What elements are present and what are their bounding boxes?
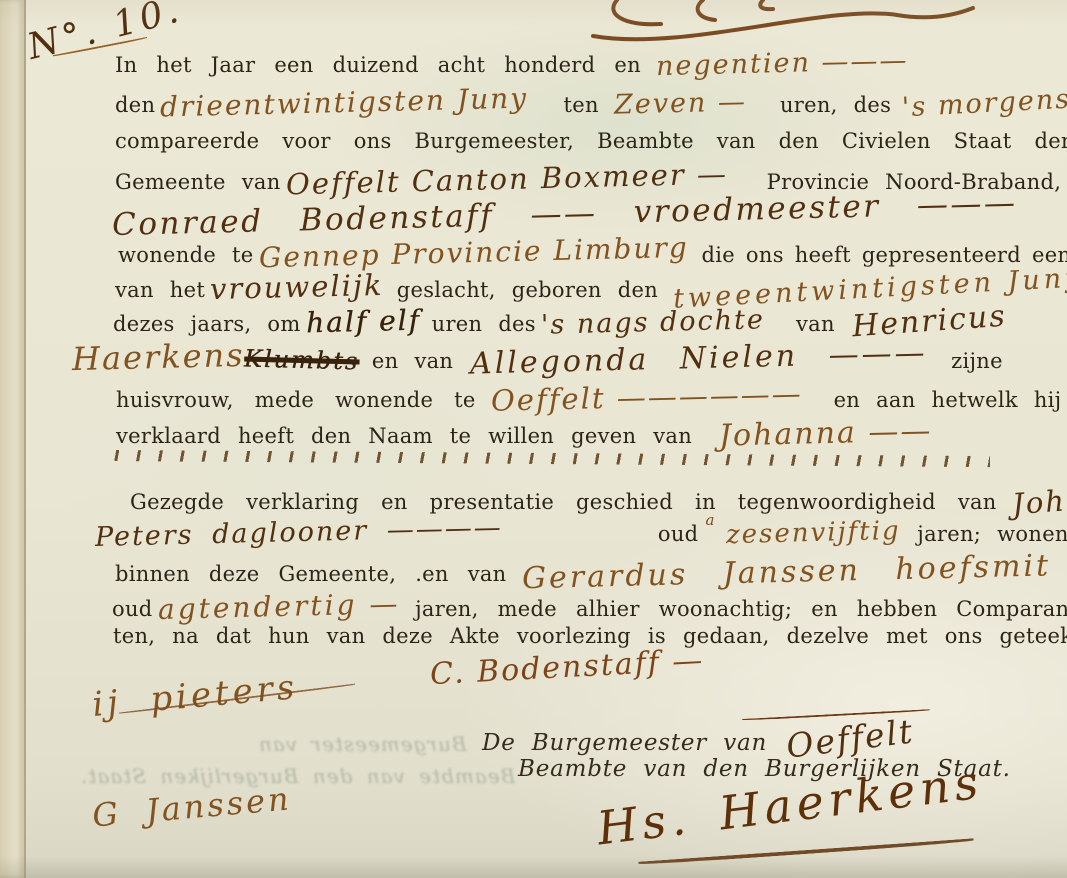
act-line-9: Haerkens Klumbts en van Allegonda Nielen… (72, 338, 1003, 376)
entry-birth-hour: half elf (305, 304, 421, 340)
entry-day-month: drieentwintigsten Juny (160, 82, 529, 124)
printed-text-hetwelk: en aan hetwelk hij (834, 388, 1062, 412)
act-line-14: Peters daglooner ———— oud a zesenvijftig… (95, 517, 1067, 548)
printed-text-woonachtig: jaren, mede alhier woonachtig; en hebben… (415, 597, 1067, 621)
printed-text-gezegde: Gezegde verklaring en presentatie geschi… (130, 490, 997, 514)
act-line-2: den drieentwintigsten Juny ten Zeven — u… (115, 86, 1067, 119)
act-line-1: In het Jaar een duizend acht honderd en … (115, 48, 908, 79)
act-line-8: dezes jaars, om half elf uren des 's nag… (113, 304, 1007, 339)
printed-text-binnen-gemeente: binnen deze Gemeente, .en van (115, 562, 507, 586)
act-line-7: van het vrouwelijk geslacht, geboren den… (115, 270, 1067, 304)
printed-text-huisvrouw: huisvrouw, mede wonende te (116, 388, 476, 412)
entry-hour: Zeven — (614, 86, 748, 120)
act-line-13: Gezegde verklaring en presentatie geschi… (130, 482, 1067, 516)
act-line-15: binnen deze Gemeente, .en van Gerardus J… (115, 554, 1067, 589)
entry-witness1-surname-occupation: Peters daglooner ———— (95, 512, 503, 553)
inserted-caret-note: a (705, 511, 714, 529)
entry-father-surname: Haerkens (72, 336, 245, 378)
printed-text-naam-geven: verklaard heeft den Naam te willen geven… (116, 424, 692, 448)
entry-year: negentien ——— (656, 45, 909, 82)
act-line-3: compareerde voor ons Burgemeester, Beamb… (115, 128, 1067, 154)
entry-declarant-residence: Gennep Provincie Limburg (258, 231, 688, 274)
act-line-6: wonende te Gennep Provincie Limburg die … (118, 236, 1067, 269)
printed-text-van-het: van het (115, 278, 205, 302)
printed-text-ten: ten (564, 93, 599, 117)
entry-witness1-age: zesenvijftig (725, 516, 900, 550)
printed-text-zijne: zijne (951, 349, 1003, 373)
entry-witness1-firstname: Johannes (1011, 477, 1067, 521)
closing-line-1: De Burgemeester van Oeffelt (482, 719, 915, 758)
entry-birth-daypart-relation: 's nags dochte (541, 304, 766, 340)
bleedthrough-text-2: Beambte van den Burgerlijken Staat. (80, 764, 515, 788)
printed-text-year: In het Jaar een duizend acht honderd en (115, 53, 641, 77)
printed-text-den: den (115, 93, 155, 117)
printed-text-uren-des-2: uren des (432, 312, 536, 336)
entry-witness2-name-occupation: Gerardus Janssen hoefsmit — (521, 547, 1067, 597)
page-left-edge (0, 0, 26, 878)
act-line-11: verklaard heeft den Naam te willen geven… (116, 416, 933, 451)
printed-text-uren-des: uren, des (780, 93, 891, 117)
printed-text-gepresenteerd: die ons heeft gepresenteerd een Kind (701, 243, 1067, 267)
printed-text-oud-2: oud (112, 597, 153, 621)
printed-text-voorlezing: ten, na dat hun van deze Akte voorlezing… (113, 624, 1067, 648)
printed-text-dezes-jaars: dezes jaars, om (113, 312, 301, 336)
entry-daypart: 's morgens (902, 84, 1067, 124)
entry-child-name: Johanna —— (719, 413, 933, 453)
act-line-5: Conraed Bodenstaff —— vroedmeester ——— (112, 196, 1017, 232)
entry-gender: vrouwelijk (210, 268, 384, 306)
printed-text-en-van: en van (372, 349, 453, 373)
printed-text-oud: oud (658, 522, 699, 546)
bleedthrough-text-1: Burgemeester van (258, 732, 467, 756)
act-line-17: ten, na dat hun van deze Akte voorlezing… (113, 623, 1067, 649)
printed-text-gemeente-van: Gemeente van (115, 170, 281, 194)
printed-text-wonende-te: wonende te (118, 243, 254, 267)
entry-witness2-age: agtendertig — (157, 587, 400, 626)
entry-parents-residence: Oeffelt —————— (490, 376, 802, 418)
printed-text-van: van (796, 312, 835, 336)
entry-overwritten-scribble: Klumbts (243, 344, 359, 375)
printed-text-compareerde: compareerde voor ons Burgemeester, Beamb… (115, 129, 1067, 153)
act-line-16: oud agtendertig — jaren, mede alhier woo… (112, 590, 1067, 623)
printed-text-jaren-wonende: jaren; wonende (917, 522, 1067, 546)
act-line-10: huisvrouw, mede wonende te Oeffelt —————… (116, 380, 1062, 414)
printed-text-burgemeester-van: De Burgemeester van (482, 730, 767, 756)
printed-text-geslacht: geslacht, geboren den (397, 278, 658, 302)
entry-mother-name: Allegonda Nielen ——— (470, 335, 928, 381)
